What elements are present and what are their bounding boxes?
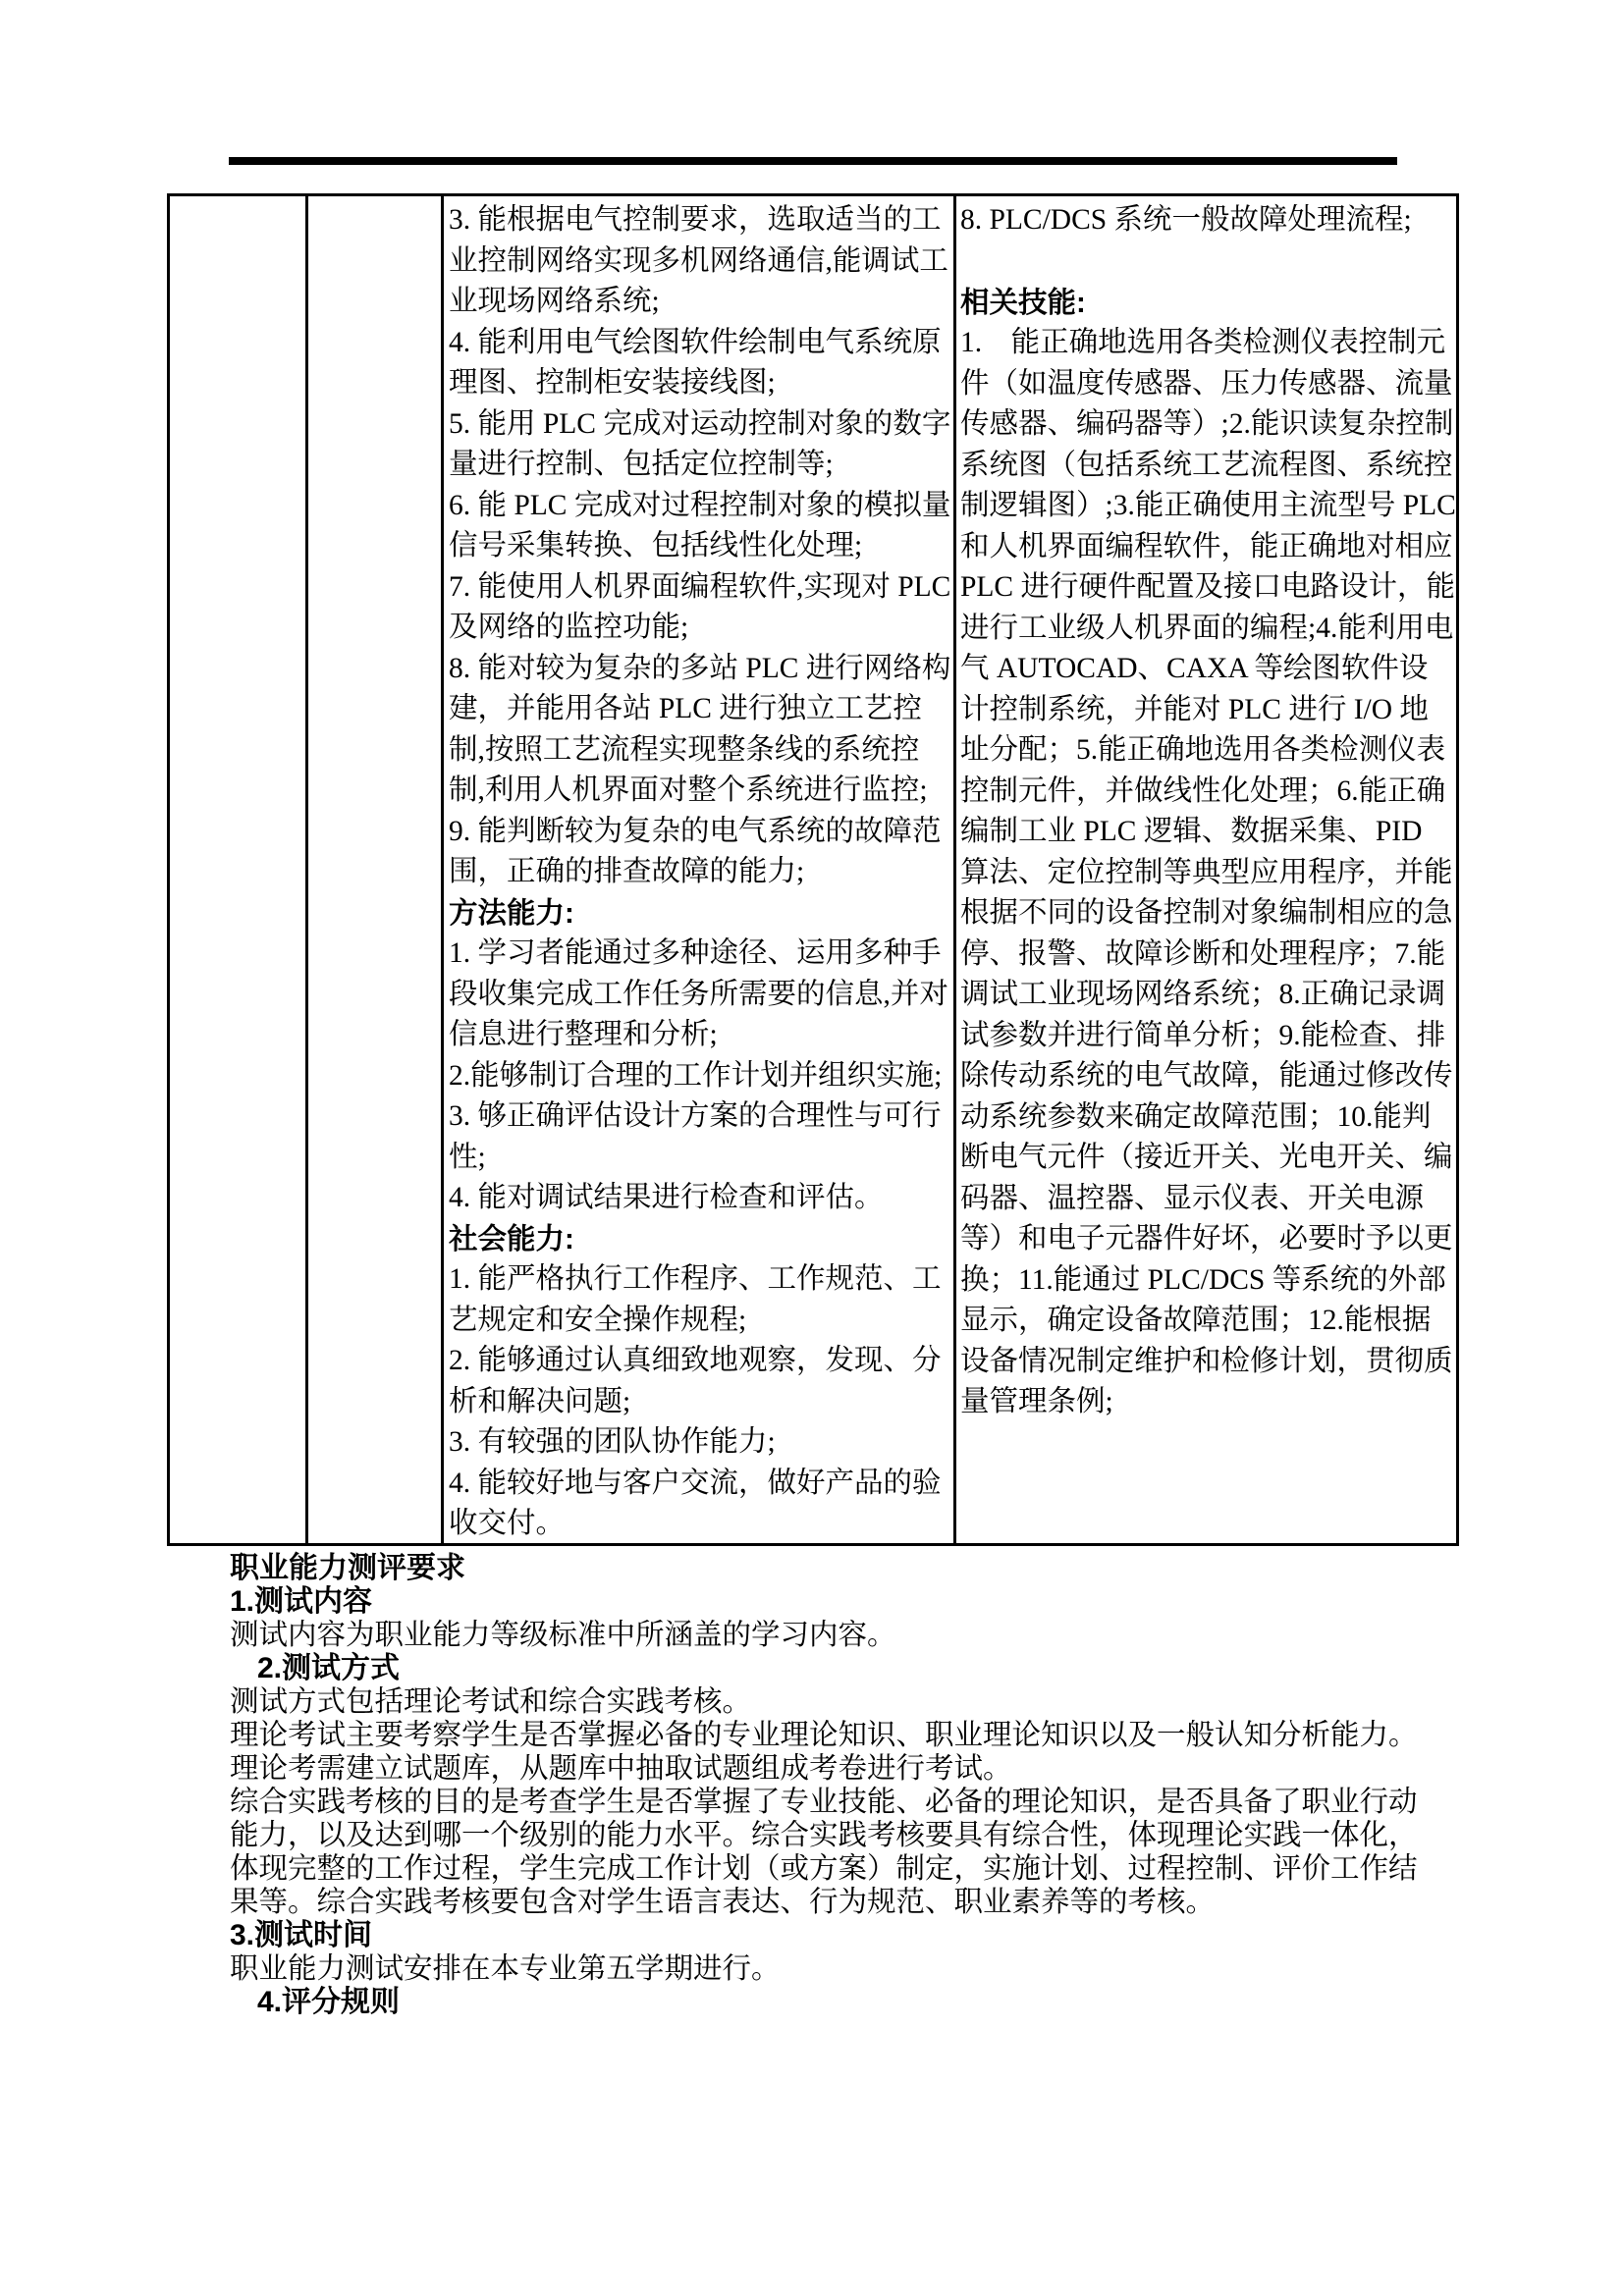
text-paragraph: 测试内容为职业能力等级标准中所涵盖的学习内容。 — [230, 1619, 1433, 1652]
text-paragraph: 8. 能对较为复杂的多站 PLC 进行网络构建，并能用各站 PLC 进行独立工艺… — [449, 649, 951, 812]
heading-line: 4.评分规则 — [230, 1986, 1433, 2019]
heading-line: 方法能力: — [449, 893, 951, 934]
table-cell-professional-abilities: 3. 能根据电气控制要求，选取适当的工业控制网络实现多机网络通信,能调试工业现场… — [441, 196, 953, 1543]
table-cell-related-skills: 8. PLC/DCS 系统一般故障处理流程;相关技能:1. 能正确地选用各类检测… — [953, 196, 1456, 1543]
assessment-requirements-section: 职业能力测评要求1.测试内容测试内容为职业能力等级标准中所涵盖的学习内容。2.测… — [230, 1552, 1433, 2019]
table-cell-empty-2 — [305, 196, 441, 1543]
text-paragraph: 1. 学习者能通过多种途径、运用多种手段收集完成工作任务所需要的信息,并对信息进… — [449, 934, 951, 1056]
text-paragraph: 8. PLC/DCS 系统一般故障处理流程; — [960, 200, 1456, 241]
heading-line: 2.测试方式 — [230, 1652, 1433, 1685]
table-cell-empty-1 — [170, 196, 305, 1543]
text-paragraph: 4. 能对调试结果进行检查和评估。 — [449, 1178, 951, 1219]
text-paragraph: 2.能够制订合理的工作计划并组织实施; — [449, 1056, 951, 1097]
horizontal-rule — [229, 157, 1397, 165]
heading-line: 社会能力: — [449, 1219, 951, 1260]
text-paragraph: 3. 能根据电气控制要求，选取适当的工业控制网络实现多机网络通信,能调试工业现场… — [449, 200, 951, 323]
text-paragraph: 9. 能判断较为复杂的电气系统的故障范围，正确的排查故障的能力; — [449, 812, 951, 893]
text-paragraph: 3. 够正确评估设计方案的合理性与可行性; — [449, 1096, 951, 1178]
text-paragraph: 4. 能利用电气绘图软件绘制电气系统原理图、控制柜安装接线图; — [449, 323, 951, 404]
text-paragraph: 7. 能使用人机界面编程软件,实现对 PLC 及网络的监控功能; — [449, 567, 951, 649]
text-paragraph: 4. 能较好地与客户交流，做好产品的验收交付。 — [449, 1464, 951, 1544]
competency-table: 3. 能根据电气控制要求，选取适当的工业控制网络实现多机网络通信,能调试工业现场… — [167, 193, 1459, 1546]
heading-line: 职业能力测评要求 — [230, 1552, 1433, 1585]
text-paragraph: 综合实践考核的目的是考查学生是否掌握了专业技能、必备的理论知识，是否具备了职业行… — [230, 1786, 1433, 1919]
text-paragraph: 5. 能用 PLC 完成对运动控制对象的数字量进行控制、包括定位控制等; — [449, 404, 951, 486]
text-paragraph: 2. 能够通过认真细致地观察，发现、分析和解决问题; — [449, 1341, 951, 1422]
heading-line: 1.测试内容 — [230, 1585, 1433, 1619]
heading-line: 相关技能: — [960, 283, 1456, 324]
document-page: 3. 能根据电气控制要求，选取适当的工业控制网络实现多机网络通信,能调试工业现场… — [0, 0, 1624, 2296]
text-paragraph: 测试方式包括理论考试和综合实践考核。 — [230, 1685, 1433, 1719]
blank-line — [960, 241, 1456, 283]
text-paragraph: 1. 能严格执行工作程序、工作规范、工艺规定和安全操作规程; — [449, 1259, 951, 1341]
text-paragraph: 6. 能 PLC 完成对过程控制对象的模拟量信号采集转换、包括线性化处理; — [449, 486, 951, 567]
text-paragraph: 职业能力测试安排在本专业第五学期进行。 — [230, 1952, 1433, 1986]
text-paragraph: 3. 有较强的团队协作能力; — [449, 1422, 951, 1464]
heading-line: 3.测试时间 — [230, 1919, 1433, 1952]
text-paragraph: 理论考试主要考察学生是否掌握必备的专业理论知识、职业理论知识以及一般认知分析能力… — [230, 1719, 1433, 1752]
text-paragraph: 理论考需建立试题库，从题库中抽取试题组成考卷进行考试。 — [230, 1752, 1433, 1786]
text-paragraph: 1. 能正确地选用各类检测仪表控制元件（如温度传感器、压力传感器、流量传感器、编… — [960, 323, 1456, 1423]
